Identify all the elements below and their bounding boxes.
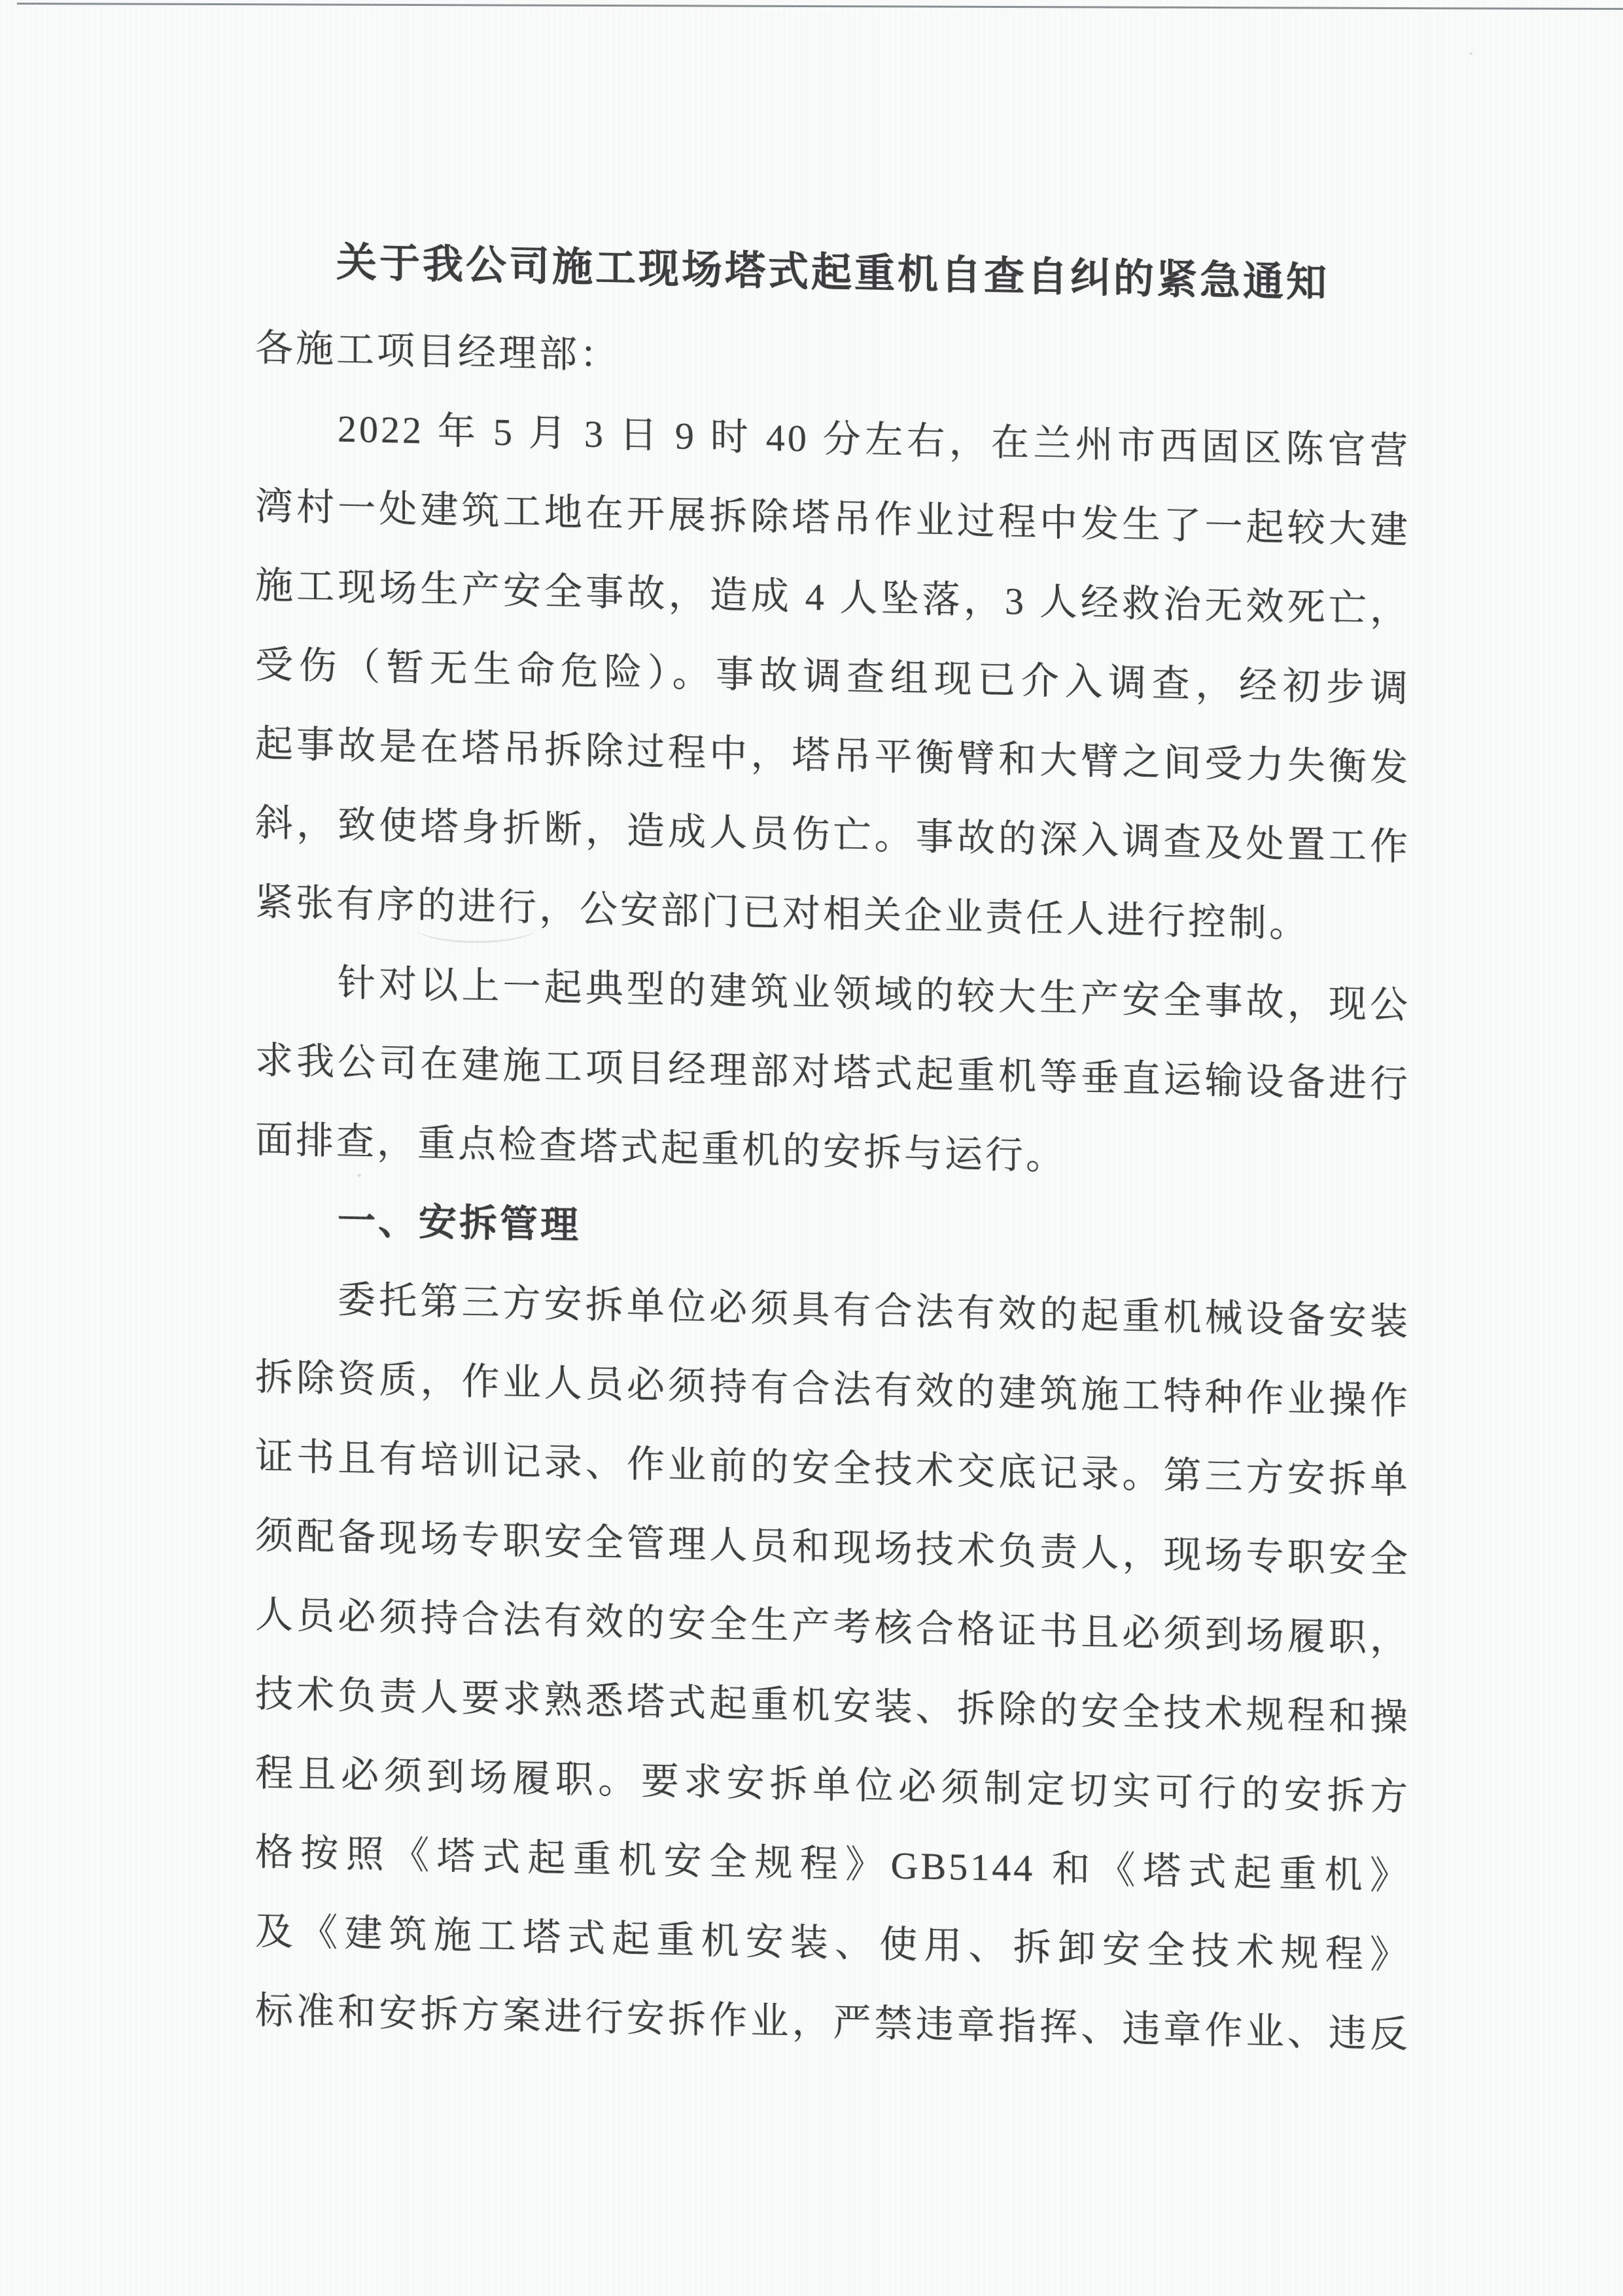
document-body: 关于我公司施工现场塔式起重机自查自纠的紧急通知 各施工项目经理部： 2022 年… bbox=[255, 228, 1410, 2074]
scan-artifact-speck bbox=[357, 1174, 361, 1177]
scan-artifact-arc bbox=[416, 913, 536, 943]
scanner-edge-line bbox=[17, 3, 1623, 10]
scan-artifact-speck bbox=[1469, 52, 1473, 55]
scanned-page: 关于我公司施工现场塔式起重机自查自纠的紧急通知 各施工项目经理部： 2022 年… bbox=[0, 0, 1623, 2296]
paragraph-lines: 2022 年 5 月 3 日 9 时 40 分左右，在兰州市西固区陈官营村、东湾… bbox=[255, 387, 1410, 2074]
document-title: 关于我公司施工现场塔式起重机自查自纠的紧急通知 bbox=[255, 228, 1410, 318]
